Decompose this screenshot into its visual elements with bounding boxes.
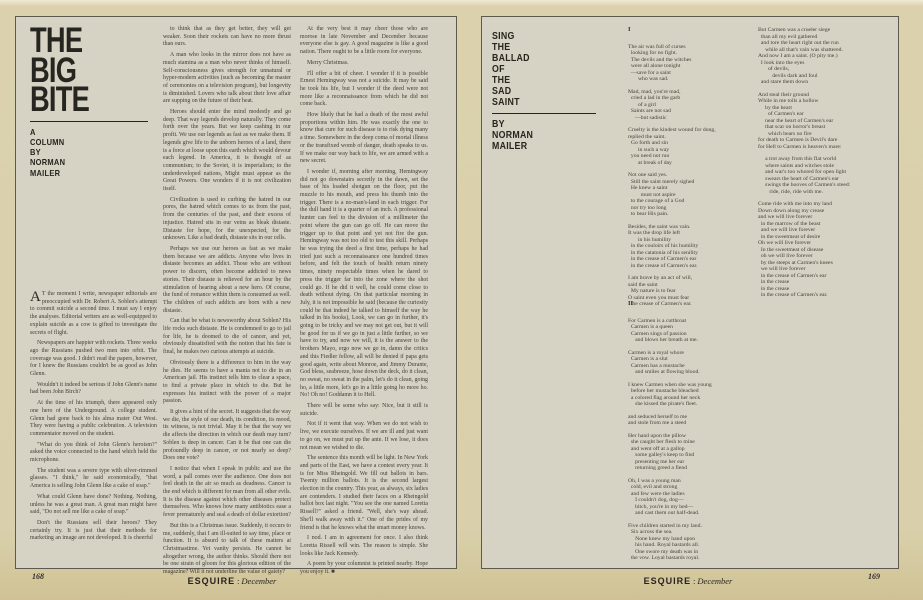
poem-stanza: Come ride with me into my land Down down… <box>758 201 888 299</box>
article-title: THEBIGBITE <box>30 26 129 115</box>
poem-stanza: Mad, mad, you're mad, cried a lad in the… <box>628 89 740 122</box>
poem-stanza: I knew Carmen when she was young before … <box>628 382 740 408</box>
paragraph-text: T the moment I write, newspaper editoria… <box>30 291 157 336</box>
poem-stanza: Her hand upon the pillow she caught her … <box>628 433 740 472</box>
paragraph: Civilization is used to curbing the hatr… <box>163 197 291 243</box>
poem-column-2: But Carmen was a crueler siege than all … <box>758 27 888 305</box>
stanza-list: The air was full of curses looking for n… <box>628 44 740 308</box>
poem-stanza: But Carmen was a crueler siege than all … <box>758 27 888 86</box>
poem-stanza: Besides, the saint was vain. It was the … <box>628 224 740 270</box>
poem-column-1-section-2: II For Carmen is a cutthroat Carmen is a… <box>628 301 740 568</box>
right-page-number: 169 <box>868 572 880 581</box>
poem-title-line: SING <box>492 31 591 42</box>
poem-stanza: Carmen is a royal whore Carmen is a slut… <box>628 350 740 376</box>
paragraph: Don't the Russians sell their heroes? Th… <box>30 520 157 543</box>
poem-stanza: Cruelty is the kindest wound for dung, r… <box>628 127 740 166</box>
poem-stanza: For Carmen is a cutthroat Carmen is a qu… <box>628 318 740 344</box>
article-title-line: BITE <box>30 85 129 115</box>
paragraph: I wonder if, morning after morning, Hemi… <box>300 169 428 400</box>
paragraph: The sentence this month will be light. I… <box>300 455 428 532</box>
magazine-spread: { "colors": { "paper_outer": "#d9d0ab", … <box>0 0 923 600</box>
title-divider <box>30 121 148 122</box>
paragraph: Wouldn't it indeed be serious if John Gl… <box>30 382 157 397</box>
paragraph: I nod. I am in agreement for once. I als… <box>300 535 428 558</box>
paragraph: I notice that when I speak in public and… <box>163 466 291 520</box>
left-page: THEBIGBITE ACOLUMNBYNORMANMAILER AT the … <box>15 16 457 569</box>
article-column-2-text: to think that as they get better, they w… <box>163 26 291 580</box>
paragraph: At the time of his triumph, there appear… <box>30 400 157 439</box>
paragraph: What could Glenn have done? Nothing. Not… <box>30 494 157 517</box>
drop-cap: A <box>30 291 42 304</box>
poem-stanza: Oh, I was a young man cold, evil and str… <box>628 478 740 517</box>
paragraph: I'll offer a bit of cheer. I wonder if i… <box>300 71 428 110</box>
paragraph: A man who looks in the mirror does not h… <box>163 52 291 106</box>
byline-word: A <box>30 127 142 137</box>
poem-title-line: BALLAD <box>492 53 591 64</box>
poem-title-line: OF <box>492 64 591 75</box>
poem-sidebar: SINGTHEBALLADOFTHESADSAINT BYNORMANMAILE… <box>492 31 604 152</box>
paragraph: The student was a severe type with silve… <box>30 468 157 491</box>
paragraph: "What do you think of John Glenn's heroi… <box>30 442 157 465</box>
poem-stanza: And steal their ground While in me tolls… <box>758 92 888 151</box>
footer-issue: December <box>697 576 732 586</box>
byline-word: MAILER <box>30 168 142 178</box>
byline-word: BY <box>492 119 591 130</box>
paragraph-list: Newspapers are happier with rockets. Thr… <box>30 340 157 543</box>
paragraph: How likely that he had a death of the mo… <box>300 112 428 166</box>
paragraph: to think that as they get better, they w… <box>163 26 291 49</box>
poem-byline: BYNORMANMAILER <box>492 119 591 152</box>
byline-word: NORMAN <box>492 130 591 141</box>
left-column-1: THEBIGBITE ACOLUMNBYNORMANMAILER AT the … <box>30 26 157 178</box>
paragraph: It gives a hint of the secret. It sugges… <box>163 409 291 463</box>
paragraph: Can that be what is newsworthy about Sob… <box>163 318 291 357</box>
byline-word: COLUMN <box>30 137 142 147</box>
poem-stanza: The air was full of curses looking for n… <box>628 44 740 83</box>
byline-word: NORMAN <box>30 157 142 167</box>
poem-title-line: THE <box>492 42 591 53</box>
paragraph: Newspapers are happier with rockets. Thr… <box>30 340 157 379</box>
right-page: SINGTHEBALLADOFTHESADSAINT BYNORMANMAILE… <box>481 16 899 569</box>
poem-section-label: II <box>628 301 740 308</box>
paragraph: Obviously there is a difference to him i… <box>163 360 291 406</box>
paragraph: At the very best it may cheer those who … <box>300 26 428 57</box>
byline-word: BY <box>30 147 142 157</box>
footer-brand: ESQUIRE <box>644 576 692 586</box>
poem-title-line: SAINT <box>492 97 591 108</box>
poem-stanza: Five children started in my land. Six ac… <box>628 523 740 562</box>
right-page-footer: ESQUIRE : December <box>578 571 798 589</box>
paragraph: Not if it went that way. When we do not … <box>300 421 428 452</box>
article-column-3-text: At the very best it may cheer those who … <box>300 26 428 580</box>
poem-stanza: and seduced herself to me and stole from… <box>628 414 740 427</box>
paragraph: Perhaps we use our heroes as fast as we … <box>163 246 291 315</box>
footer-issue: December <box>241 576 276 586</box>
paragraph: Heroes should enter the mind modestly an… <box>163 109 291 194</box>
paragraph: But this is a Christmas issue. Suddenly,… <box>163 523 291 577</box>
poem-stanza: a trot away from this flat world where s… <box>758 156 888 195</box>
left-page-number: 168 <box>32 572 44 581</box>
byline-word: MAILER <box>492 141 591 152</box>
article-byline: ACOLUMNBYNORMANMAILER <box>30 127 142 178</box>
poem-section-label: I <box>628 27 740 34</box>
footer-brand: ESQUIRE <box>188 576 236 586</box>
poem-title-divider <box>492 113 596 114</box>
poem-title-line: THE <box>492 75 591 86</box>
paragraph: Merry Christmas. <box>300 60 428 68</box>
article-column-1-text: AT the moment I write, newspaper editori… <box>30 291 157 546</box>
stanza-list: For Carmen is a cutthroat Carmen is a qu… <box>628 318 740 562</box>
left-page-footer: ESQUIRE : December <box>122 571 342 589</box>
poem-column-1-section-1: I The air was full of curses looking for… <box>628 27 740 314</box>
poem-stanza: Not one said yes. Still the saint merely… <box>628 172 740 218</box>
paragraph: AT the moment I write, newspaper editori… <box>30 291 157 337</box>
poem-title-line: SAD <box>492 86 591 97</box>
paragraph: There will be some who say: Nice, but it… <box>300 403 428 418</box>
poem-title: SINGTHEBALLADOFTHESADSAINT <box>492 31 591 108</box>
